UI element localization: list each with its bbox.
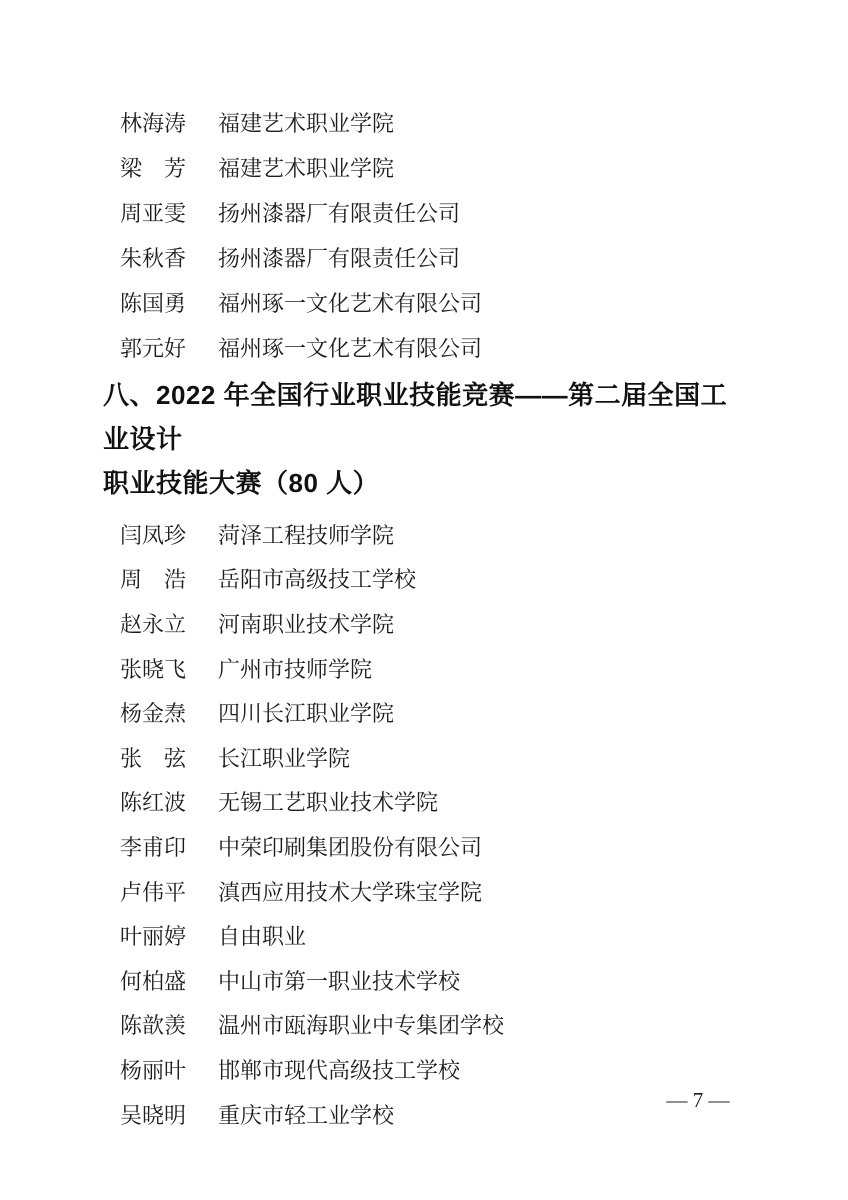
list-item: 梁 芳福建艺术职业学院 — [120, 145, 753, 190]
person-name: 周亚雯 — [120, 197, 187, 228]
person-name: 周 浩 — [120, 563, 187, 594]
organization-name: 温州市瓯海职业中专集团学校 — [218, 1009, 504, 1040]
list-item: 何柏盛中山市第一职业技术学校 — [120, 958, 753, 1003]
organization-name: 扬州漆器厂有限责任公司 — [218, 242, 460, 273]
section-heading-line-2: 职业技能大赛（80 人） — [103, 461, 753, 505]
person-name: 林海涛 — [120, 107, 187, 138]
list-item: 李甫印中荣印刷集团股份有限公司 — [120, 824, 753, 869]
list-item: 张 弦长江职业学院 — [120, 735, 753, 780]
organization-name: 扬州漆器厂有限责任公司 — [218, 197, 460, 228]
organization-name: 河南职业技术学院 — [218, 608, 394, 639]
organization-name: 滇西应用技术大学珠宝学院 — [218, 876, 482, 907]
organization-name: 长江职业学院 — [218, 742, 350, 773]
organization-name: 重庆市轻工业学校 — [218, 1099, 394, 1130]
organization-name: 福州琢一文化艺术有限公司 — [218, 332, 482, 363]
person-name: 梁 芳 — [120, 152, 187, 183]
organization-name: 无锡工艺职业技术学院 — [218, 786, 438, 817]
person-name: 张晓飞 — [120, 653, 187, 684]
person-name: 闫凤珍 — [120, 519, 187, 550]
person-name: 何柏盛 — [120, 965, 187, 996]
organization-name: 福建艺术职业学院 — [218, 107, 394, 138]
list-item: 赵永立河南职业技术学院 — [120, 601, 753, 646]
section-heading-line-1: 八、2022 年全国行业职业技能竞赛——第二届全国工业设计 — [103, 373, 753, 461]
list-item: 周 浩岳阳市高级技工学校 — [120, 557, 753, 602]
organization-name: 福州琢一文化艺术有限公司 — [218, 287, 482, 318]
list-item: 叶丽婷自由职业 — [120, 913, 753, 958]
list-item: 张晓飞广州市技师学院 — [120, 646, 753, 691]
awardee-list-top: 林海涛福建艺术职业学院梁 芳福建艺术职业学院周亚雯扬州漆器厂有限责任公司朱秋香扬… — [103, 100, 753, 370]
list-item: 陈国勇福州琢一文化艺术有限公司 — [120, 280, 753, 325]
list-item: 周亚雯扬州漆器厂有限责任公司 — [120, 190, 753, 235]
section-heading: 八、2022 年全国行业职业技能竞赛——第二届全国工业设计 职业技能大赛（80 … — [103, 373, 753, 505]
organization-name: 邯郸市现代高级技工学校 — [218, 1054, 460, 1085]
person-name: 杨丽叶 — [120, 1054, 187, 1085]
person-name: 李甫印 — [120, 831, 187, 862]
person-name: 卢伟平 — [120, 876, 187, 907]
organization-name: 中山市第一职业技术学校 — [218, 965, 460, 996]
list-item: 杨金焘四川长江职业学院 — [120, 690, 753, 735]
page-number: — 7 — — [648, 1088, 748, 1113]
awardee-list-competition-8: 闫凤珍菏泽工程技师学院周 浩岳阳市高级技工学校赵永立河南职业技术学院张晓飞广州市… — [103, 512, 753, 1136]
list-item: 陈歆羡温州市瓯海职业中专集团学校 — [120, 1003, 753, 1048]
person-name: 叶丽婷 — [120, 920, 187, 951]
list-item: 卢伟平滇西应用技术大学珠宝学院 — [120, 869, 753, 914]
organization-name: 中荣印刷集团股份有限公司 — [218, 831, 482, 862]
list-item: 陈红波无锡工艺职业技术学院 — [120, 780, 753, 825]
organization-name: 四川长江职业学院 — [218, 697, 394, 728]
organization-name: 自由职业 — [218, 920, 306, 951]
organization-name: 菏泽工程技师学院 — [218, 519, 394, 550]
document-content: 林海涛福建艺术职业学院梁 芳福建艺术职业学院周亚雯扬州漆器厂有限责任公司朱秋香扬… — [103, 100, 753, 1136]
document-page: 林海涛福建艺术职业学院梁 芳福建艺术职业学院周亚雯扬州漆器厂有限责任公司朱秋香扬… — [0, 0, 848, 1200]
list-item: 闫凤珍菏泽工程技师学院 — [120, 512, 753, 557]
person-name: 吴晓明 — [120, 1099, 187, 1130]
list-item: 杨丽叶邯郸市现代高级技工学校 — [120, 1047, 753, 1092]
list-item: 郭元好福州琢一文化艺术有限公司 — [120, 325, 753, 370]
person-name: 杨金焘 — [120, 697, 187, 728]
person-name: 张 弦 — [120, 742, 187, 773]
person-name: 朱秋香 — [120, 242, 187, 273]
organization-name: 岳阳市高级技工学校 — [218, 563, 416, 594]
person-name: 陈红波 — [120, 786, 187, 817]
person-name: 赵永立 — [120, 608, 187, 639]
person-name: 郭元好 — [120, 332, 187, 363]
list-item: 朱秋香扬州漆器厂有限责任公司 — [120, 235, 753, 280]
organization-name: 福建艺术职业学院 — [218, 152, 394, 183]
person-name: 陈国勇 — [120, 287, 187, 318]
person-name: 陈歆羡 — [120, 1009, 187, 1040]
list-item: 林海涛福建艺术职业学院 — [120, 100, 753, 145]
organization-name: 广州市技师学院 — [218, 653, 372, 684]
